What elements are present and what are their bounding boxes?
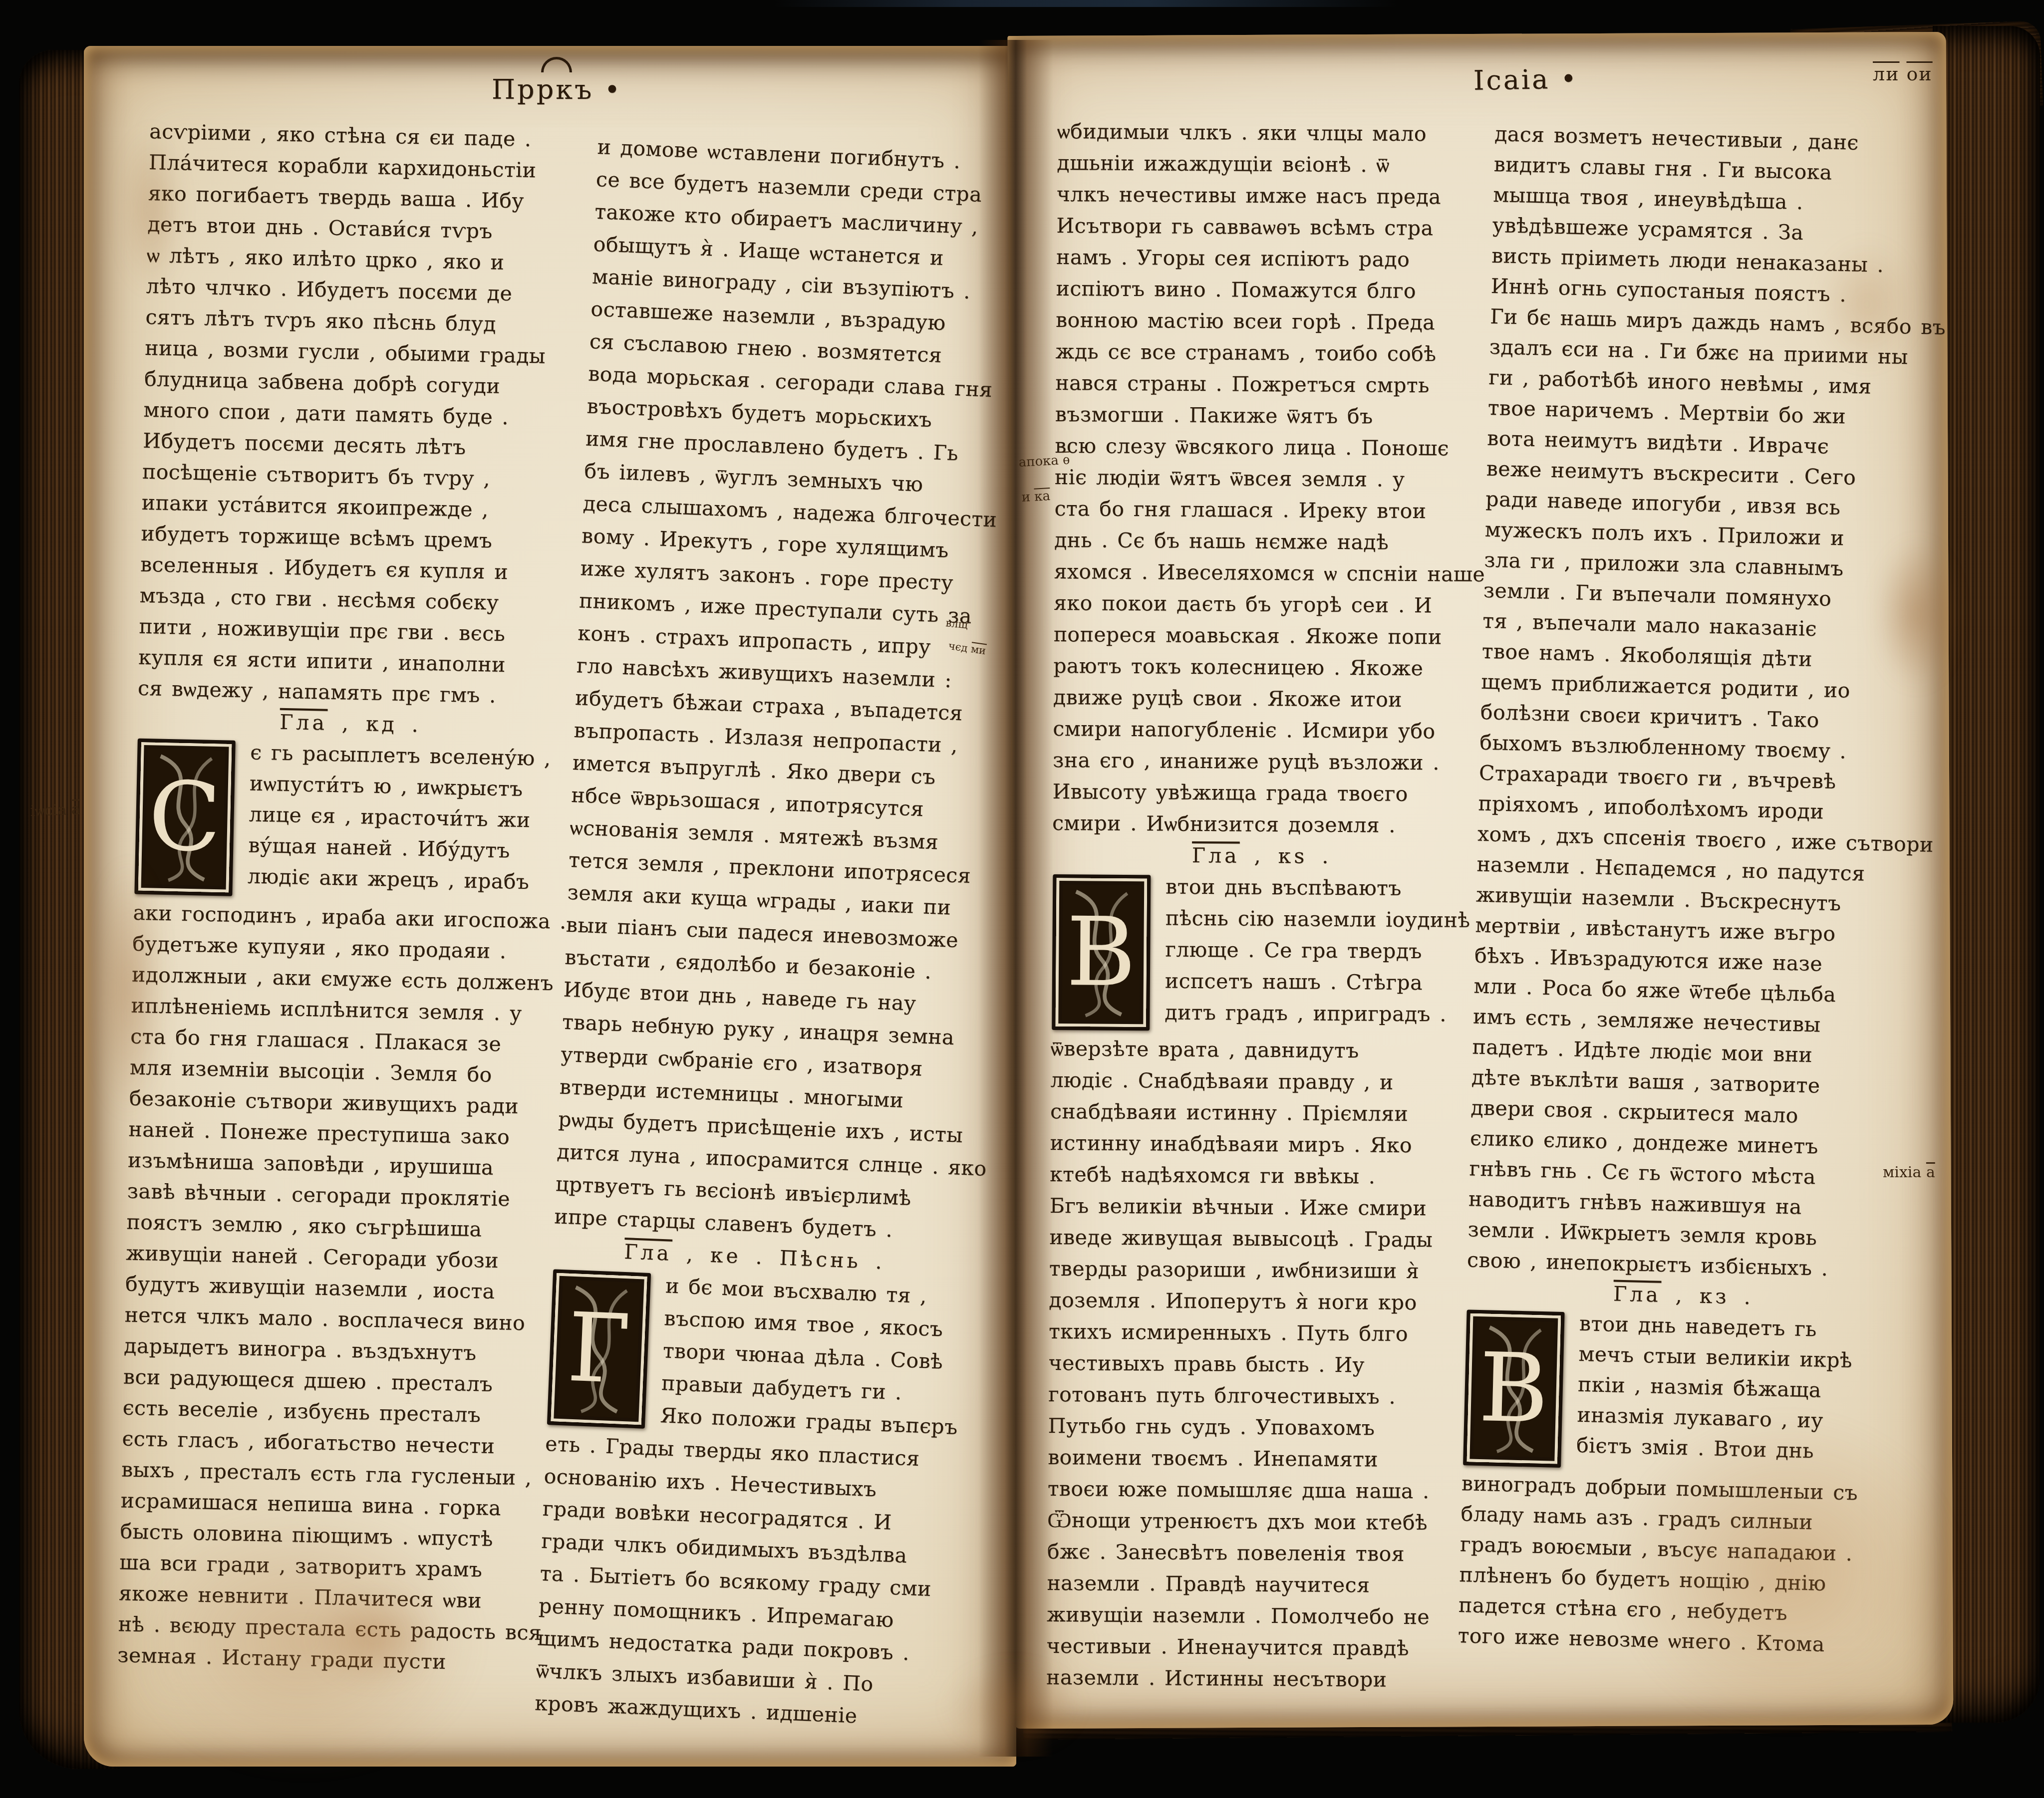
- text-line: Путьбо гнь судъ . Уповахомъ: [1048, 1410, 1467, 1445]
- photograph-of-open-book: Прркъ • Ісаіа • лиои асѵріими , яко стѣн…: [0, 0, 2044, 1798]
- text-line: снабдѣваяи истинну . Пріємляи: [1050, 1096, 1469, 1130]
- decorated-woodcut-initial: Г: [547, 1269, 651, 1429]
- initial-letter: В: [1466, 1313, 1561, 1464]
- margin-note: влщ: [945, 617, 968, 631]
- text-line: доземля . Ипоперутъ я̀ ноги кро: [1049, 1284, 1468, 1319]
- foxing-stain: [309, 1587, 439, 1687]
- text-line: ѿверзѣте врата , давнидутъ: [1051, 1033, 1470, 1067]
- text-line: истинну инабдѣваяи миръ . Яко: [1050, 1127, 1469, 1162]
- text-line: члкъ нечестивы имже насъ преда: [1057, 179, 1476, 213]
- text-line: яко покои даєть бъ угорѣ сеи . И: [1054, 587, 1473, 622]
- text-line: смири напогубленіє . Исмири убо: [1053, 713, 1472, 748]
- foxing-stain: [943, 1662, 1083, 1752]
- decorated-woodcut-initial: С: [134, 739, 235, 896]
- backdrop-highlight: [774, 0, 1398, 7]
- text-column-left-1: асѵріими , яко стѣна ся єи паде .Пла́чит…: [117, 116, 577, 1679]
- decorated-woodcut-initial: В: [1052, 874, 1151, 1030]
- text-line: яхомся . Ивеселяхомся ѡ спсніи наше: [1054, 556, 1473, 590]
- text-line: живущіи наземли . Помолчебо не: [1047, 1599, 1466, 1633]
- text-line: наземли . Правдѣ научитеся: [1047, 1567, 1466, 1602]
- text-line: всю слезу ѿвсякого лица . Поношє: [1055, 430, 1474, 465]
- text-line: воимени твоємъ . Инепамяти: [1048, 1442, 1467, 1476]
- text-line: ктебѣ надѣяхомся ги ввѣкы .: [1050, 1159, 1469, 1193]
- foxing-stain: [1874, 539, 1959, 689]
- text-line: възмогши . Пакиже ѿятъ бъ: [1055, 399, 1474, 433]
- text-line: втои днь въспѣваютъ: [1166, 871, 1471, 905]
- text-line: нався страны . Пожретъся смрть: [1055, 367, 1474, 402]
- running-head-right: Ісаіа •: [1473, 63, 1578, 96]
- text-line: ніє людіи ѿятъ ѿвсея земля . у: [1055, 462, 1474, 496]
- text-line: иведе живущая вывысоцѣ . Грады: [1049, 1222, 1468, 1256]
- text-line: ждь сє все странамъ , тоибо собѣ: [1055, 336, 1474, 370]
- text-column-right-1: ѡбидимыи члкъ . яки члцы малодшьніи ижаж…: [1046, 116, 1476, 1696]
- initial-letter: В: [1055, 878, 1147, 1027]
- running-head-left: Прркъ •: [492, 74, 622, 105]
- text-line: дитъ градъ , иприградъ .: [1165, 997, 1470, 1030]
- foxing-stain: [1612, 1412, 1962, 1732]
- initial-letter: Г: [551, 1273, 647, 1425]
- margin-note: апока ѳ: [1018, 453, 1070, 470]
- initial-letter: С: [138, 742, 232, 893]
- text-line: Бгъ великіи вѣчныи . Иже смири: [1050, 1190, 1469, 1225]
- text-line: Исътвори гь савваѡѳъ всѣмъ стра: [1056, 210, 1475, 245]
- text-line: зна єго , инаниже руцѣ възложи .: [1053, 745, 1472, 779]
- text-line: намъ . Угоры сея испіютъ радо: [1056, 242, 1475, 276]
- text-line: наземли . Истинны несътвори: [1046, 1662, 1465, 1696]
- text-line: готованъ путь блгочестивыхъ .: [1048, 1379, 1467, 1413]
- decorated-woodcut-initial: В: [1463, 1309, 1565, 1468]
- text-line: твоєи юже помышляє дша наша .: [1048, 1473, 1467, 1508]
- text-line: Ѿнощи утренюєтъ дхъ мои ктебѣ: [1047, 1505, 1466, 1539]
- margin-note: и ка: [1021, 489, 1051, 505]
- text-line: пѣснь сію наземли іоудинѣ: [1166, 903, 1471, 936]
- text-line: дшьніи ижаждущіи вєіонѣ . ѿ: [1057, 147, 1476, 182]
- margin-note: міхіа а: [1883, 1164, 1935, 1181]
- text-line: попереся моавьская . Якоже попи: [1054, 619, 1473, 653]
- text-line: тверды разориши , иѡбнизиши я̀: [1049, 1253, 1468, 1287]
- margin-note: іѡсіа а: [30, 800, 80, 819]
- text-line: честивыи . Иненаучится правдѣ: [1046, 1630, 1465, 1665]
- text-line: ткихъ исмиренныхъ . Путь блго: [1049, 1316, 1468, 1350]
- initial-row: Сє гь расыплетъ вселену́ю ,иѡпусти́тъ ю …: [133, 735, 564, 906]
- text-line: днь . Сє бъ нашь нємже надѣ: [1054, 524, 1473, 559]
- text-line: ста бо гня глашася . Иреку втои: [1054, 493, 1473, 527]
- initial-row: Ги бє мои въсхвалю тя ,въспою имя твое ,…: [546, 1265, 955, 1444]
- text-line: раютъ токъ колесницею . Якоже: [1053, 650, 1472, 685]
- text-line: Ивысоту увѣжища града твоєго: [1052, 776, 1471, 810]
- text-line: людіє . Снабдѣваяи правду , и: [1050, 1064, 1469, 1099]
- text-line: ѡбидимыи члкъ . яки члцы мало: [1057, 116, 1476, 150]
- text-line: бжє . Занесвѣтъ повеленія твоя: [1047, 1536, 1466, 1570]
- folio-number: лиои: [1873, 63, 1940, 85]
- text-line: испсетъ нашъ . Стѣгра: [1165, 966, 1470, 999]
- initial-side-lines: є гь расыплетъ вселену́ю ,иѡпусти́тъ ю ,…: [247, 737, 563, 898]
- text-line: испіютъ вино . Помажутся блго: [1056, 273, 1475, 307]
- text-line: смири . Иѡбнизится доземля .: [1052, 807, 1471, 842]
- chapter-heading: Гла , кѕ .: [1052, 839, 1471, 873]
- initial-side-lines: втои днь въспѣваютъпѣснь сію наземли іоу…: [1165, 871, 1471, 1030]
- initial-side-lines: и бє мои въсхвалю тя ,въспою имя твое , …: [659, 1270, 963, 1444]
- text-line: вонною мастію всеи горѣ . Преда: [1056, 304, 1475, 339]
- text-column-left-2: и домове ѡставлени погибнутъ .се все буд…: [534, 131, 1001, 1736]
- text-line: глюще . Се гра твердъ: [1165, 934, 1470, 968]
- foxing-stain: [1817, 240, 1917, 369]
- initial-row: Ввтои днь въспѣваютъпѣснь сію наземли іо…: [1051, 870, 1471, 1036]
- text-line: честивыхъ правь бысть . Иу: [1048, 1347, 1467, 1382]
- text-line: людіє аки жрецъ , ирабъ: [247, 860, 561, 898]
- text-line: движе руцѣ свои . Якоже итои: [1053, 682, 1472, 716]
- foxing-stain: [119, 125, 184, 294]
- foxing-stain: [91, 858, 166, 1118]
